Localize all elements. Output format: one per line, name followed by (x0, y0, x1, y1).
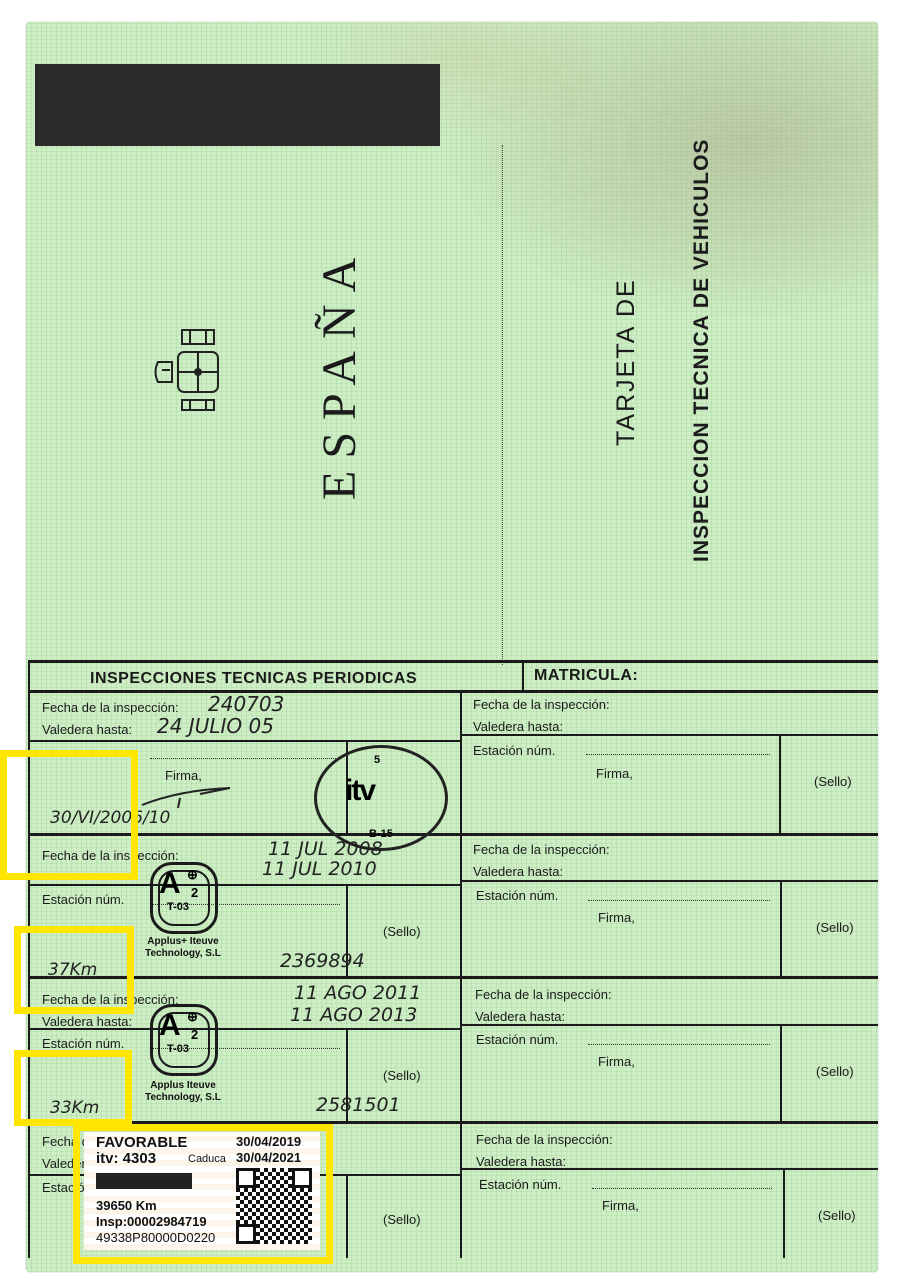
divider (780, 880, 782, 977)
divider (28, 740, 460, 742)
estacion-label: Estación núm. (42, 1036, 124, 1051)
coat-of-arms-icon (148, 322, 244, 418)
fecha-label: Fecha de la inspección: (476, 1132, 613, 1147)
valedera-value: 11 AGO 2013 (290, 1004, 417, 1026)
divider (28, 976, 878, 979)
highlight-box (14, 1050, 132, 1126)
firma-label: Firma, (598, 1054, 635, 1069)
divider (522, 660, 524, 690)
handwritten-number: 2369894 (280, 950, 365, 972)
fold-line (502, 145, 503, 665)
estacion-dots (586, 754, 770, 755)
redaction-block (96, 1173, 192, 1189)
estacion-dots (150, 758, 340, 759)
stamp-company: Applus+ Iteuve Technology, S.L (143, 936, 223, 960)
valedera-value: 11 JUL 2010 (262, 858, 377, 880)
applus-stamp: A ⊕ 2 T-03 (150, 862, 218, 934)
stamp-company: Applus Iteuve Technology, S.L (143, 1080, 223, 1104)
card-title-line1: TARJETA DE (612, 278, 641, 446)
divider (462, 734, 878, 736)
divider (28, 884, 460, 886)
redaction-block (35, 64, 440, 146)
itv-round-stamp: 5 itv B-15 (314, 745, 448, 851)
signature (140, 780, 240, 810)
estacion-label: Estación núm. (476, 888, 558, 903)
divider (28, 660, 878, 663)
estacion-dots (588, 1044, 770, 1045)
valedera-value: 24 JULIO 05 (157, 714, 274, 738)
sello-label: (Sello) (816, 1064, 854, 1079)
sello-label: (Sello) (383, 924, 421, 939)
fecha-value: 11 JUL 2008 (268, 838, 383, 860)
fecha-label: Fecha de la inspección: (473, 842, 610, 857)
divider (783, 1168, 785, 1258)
matricula-label: MATRICULA: (534, 667, 638, 685)
fecha-value: 240703 (208, 692, 284, 716)
divider (779, 734, 781, 834)
estacion-label: Estación núm. (42, 892, 124, 907)
divider (462, 1024, 878, 1026)
divider (462, 880, 878, 882)
highlight-box (14, 926, 134, 1014)
valedera-label: Valedera hasta: (475, 1009, 565, 1024)
estacion-label: Estación núm. (479, 1177, 561, 1192)
fecha-label: Fecha de la inspección: (475, 987, 612, 1002)
qr-code-icon (236, 1168, 312, 1244)
card-title-line2: INSPECCION TECNICA DE VEHICULOS (690, 139, 714, 562)
section-header: INSPECCIONES TECNICAS PERIODICAS (90, 670, 417, 688)
valedera-label: Valedera hasta: (476, 1154, 566, 1169)
estacion-label: Estación núm. (476, 1032, 558, 1047)
divider (28, 690, 878, 693)
sello-label: (Sello) (383, 1212, 421, 1227)
valedera-label: Valedera hasta: (473, 719, 563, 734)
firma-label: Firma, (598, 910, 635, 925)
estacion-dots (588, 900, 770, 901)
valedera-label: Valedera hasta: (473, 864, 563, 879)
firma-label: Firma, (602, 1198, 639, 1213)
sello-label: (Sello) (814, 774, 852, 789)
sello-label: (Sello) (816, 920, 854, 935)
estacion-dots (592, 1188, 772, 1189)
divider (780, 1024, 782, 1122)
country-title: ESPAÑA (312, 246, 367, 500)
fecha-label: Fecha de la inspección: (473, 697, 610, 712)
handwritten-number: 2581501 (316, 1094, 401, 1116)
firma-label: Firma, (596, 766, 633, 781)
estacion-label: Estación núm. (473, 743, 555, 758)
fecha-label: Fecha de la inspección: (42, 700, 179, 715)
valedera-label: Valedera hasta: (42, 1014, 132, 1029)
sello-label: (Sello) (818, 1208, 856, 1223)
divider (460, 690, 462, 1258)
applus-stamp: A ⊕ 2 T-03 (150, 1004, 218, 1076)
fecha-value: 11 AGO 2011 (294, 982, 421, 1004)
sello-label: (Sello) (383, 1068, 421, 1083)
divider (28, 833, 878, 836)
valedera-label: Valedera hasta: (42, 722, 132, 737)
highlight-box (0, 750, 138, 880)
divider (346, 1174, 348, 1258)
